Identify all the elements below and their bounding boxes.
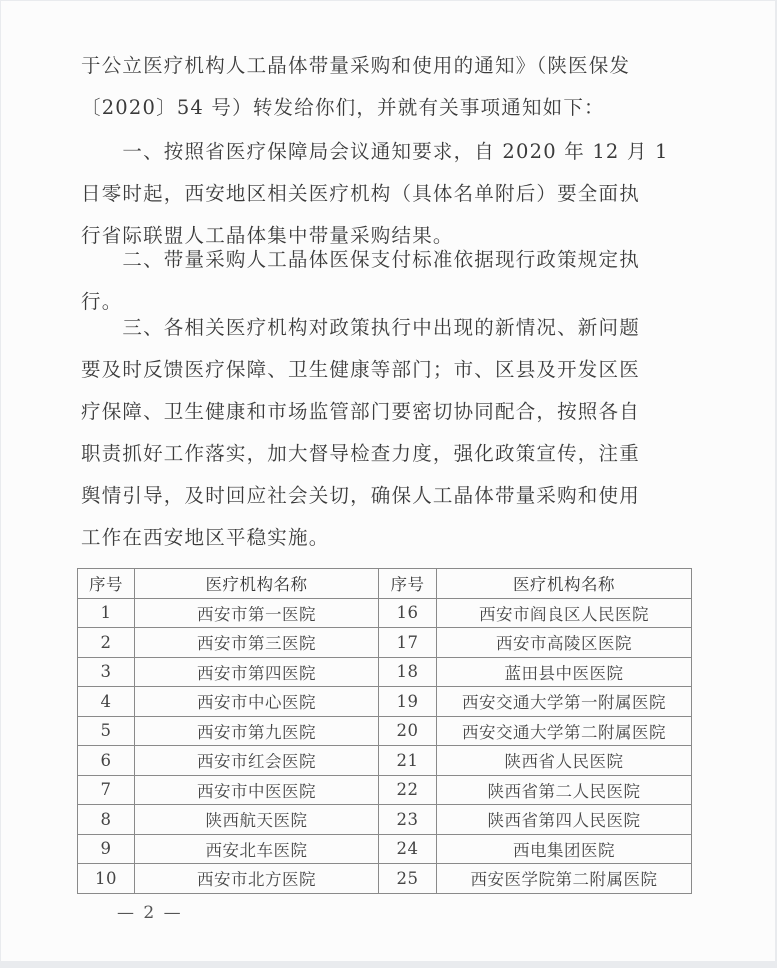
row-number: 16 [379,598,437,628]
hospital-name: 西安市第三医院 [135,628,379,658]
table-row: 10 西安市北方医院 25 西安医学院第二附属医院 [78,864,692,894]
row-number: 25 [379,864,437,894]
row-number: 2 [78,628,135,658]
hospital-name: 西安市阎良区人民医院 [437,598,692,628]
hospital-name: 西安市第一医院 [135,598,379,628]
text-line: 二、带量采购人工晶体医保支付标准依据现行政策规定执 [81,239,701,281]
table-row: 3 西安市第四医院 18 蓝田县中医医院 [78,657,692,687]
row-number: 23 [379,805,437,835]
text-line: 工作在西安地区平稳实施。 [81,517,701,559]
column-header-number: 序号 [78,569,135,599]
row-number: 17 [379,628,437,658]
row-number: 4 [78,687,135,717]
item-3-paragraph: 三、各相关医疗机构对政策执行中出现的新情况、新问题 要及时反馈医疗保障、卫生健康… [81,307,701,559]
row-number: 24 [379,834,437,864]
row-number: 8 [78,805,135,835]
hospital-name: 西安市第四医院 [135,657,379,687]
text-line: 日零时起，西安地区相关医疗机构（具体名单附后）要全面执 [81,173,701,215]
table-row: 9 西安北车医院 24 西电集团医院 [78,834,692,864]
hospital-list-table: 序号 医疗机构名称 序号 医疗机构名称 1 西安市第一医院 16 西安市阎良区人… [77,568,692,894]
hospital-name: 西安市高陵区医院 [437,628,692,658]
hospital-name: 蓝田县中医医院 [437,657,692,687]
hospital-name: 西电集团医院 [437,834,692,864]
text-line: 疗保障、卫生健康和市场监管部门要密切协同配合，按照各自 [81,391,701,433]
table-row: 7 西安市中医医院 22 陕西省第二人民医院 [78,775,692,805]
row-number: 3 [78,657,135,687]
hospital-name: 西安市北方医院 [135,864,379,894]
hospital-name: 陕西省第四人民医院 [437,805,692,835]
table-row: 8 陕西航天医院 23 陕西省第四人民医院 [78,805,692,835]
column-header-name: 医疗机构名称 [437,569,692,599]
text-line: 〔2020〕54 号）转发给你们，并就有关事项通知如下： [81,87,701,129]
intro-paragraph: 于公立医疗机构人工晶体带量采购和使用的通知》（陕医保发 〔2020〕54 号）转… [81,45,701,129]
row-number: 19 [379,687,437,717]
hospital-name: 西安交通大学第一附属医院 [437,687,692,717]
row-number: 5 [78,716,135,746]
row-number: 20 [379,716,437,746]
hospital-name: 西安交通大学第二附属医院 [437,716,692,746]
row-number: 10 [78,864,135,894]
page-number: — 2 — [117,903,183,923]
column-header-name: 医疗机构名称 [135,569,379,599]
text-line: 舆情引导，及时回应社会关切，确保人工晶体带量采购和使用 [81,475,701,517]
hospital-name: 西安市第九医院 [135,716,379,746]
row-number: 9 [78,834,135,864]
row-number: 22 [379,775,437,805]
document-page: 于公立医疗机构人工晶体带量采购和使用的通知》（陕医保发 〔2020〕54 号）转… [1,1,775,961]
table-row: 1 西安市第一医院 16 西安市阎良区人民医院 [78,598,692,628]
hospital-name: 西安市中心医院 [135,687,379,717]
table-row: 2 西安市第三医院 17 西安市高陵区医院 [78,628,692,658]
column-header-number: 序号 [379,569,437,599]
table-header-row: 序号 医疗机构名称 序号 医疗机构名称 [78,569,692,599]
table-row: 5 西安市第九医院 20 西安交通大学第二附属医院 [78,716,692,746]
row-number: 18 [379,657,437,687]
text-line: 要及时反馈医疗保障、卫生健康等部门；市、区县及开发区医 [81,349,701,391]
row-number: 1 [78,598,135,628]
hospital-name: 陕西航天医院 [135,805,379,835]
table-row: 4 西安市中心医院 19 西安交通大学第一附属医院 [78,687,692,717]
row-number: 21 [379,746,437,776]
table-row: 6 西安市红会医院 21 陕西省人民医院 [78,746,692,776]
hospital-name: 陕西省第二人民医院 [437,775,692,805]
text-line: 于公立医疗机构人工晶体带量采购和使用的通知》（陕医保发 [81,45,701,87]
row-number: 6 [78,746,135,776]
hospital-name: 西安医学院第二附属医院 [437,864,692,894]
text-line: 职责抓好工作落实，加大督导检查力度，强化政策宣传，注重 [81,433,701,475]
text-line: 三、各相关医疗机构对政策执行中出现的新情况、新问题 [81,307,701,349]
hospital-name: 西安北车医院 [135,834,379,864]
hospital-name: 陕西省人民医院 [437,746,692,776]
hospital-name: 西安市红会医院 [135,746,379,776]
row-number: 7 [78,775,135,805]
hospital-name: 西安市中医医院 [135,775,379,805]
text-line: 一、按照省医疗保障局会议通知要求，自 2020 年 12 月 1 [81,131,701,173]
